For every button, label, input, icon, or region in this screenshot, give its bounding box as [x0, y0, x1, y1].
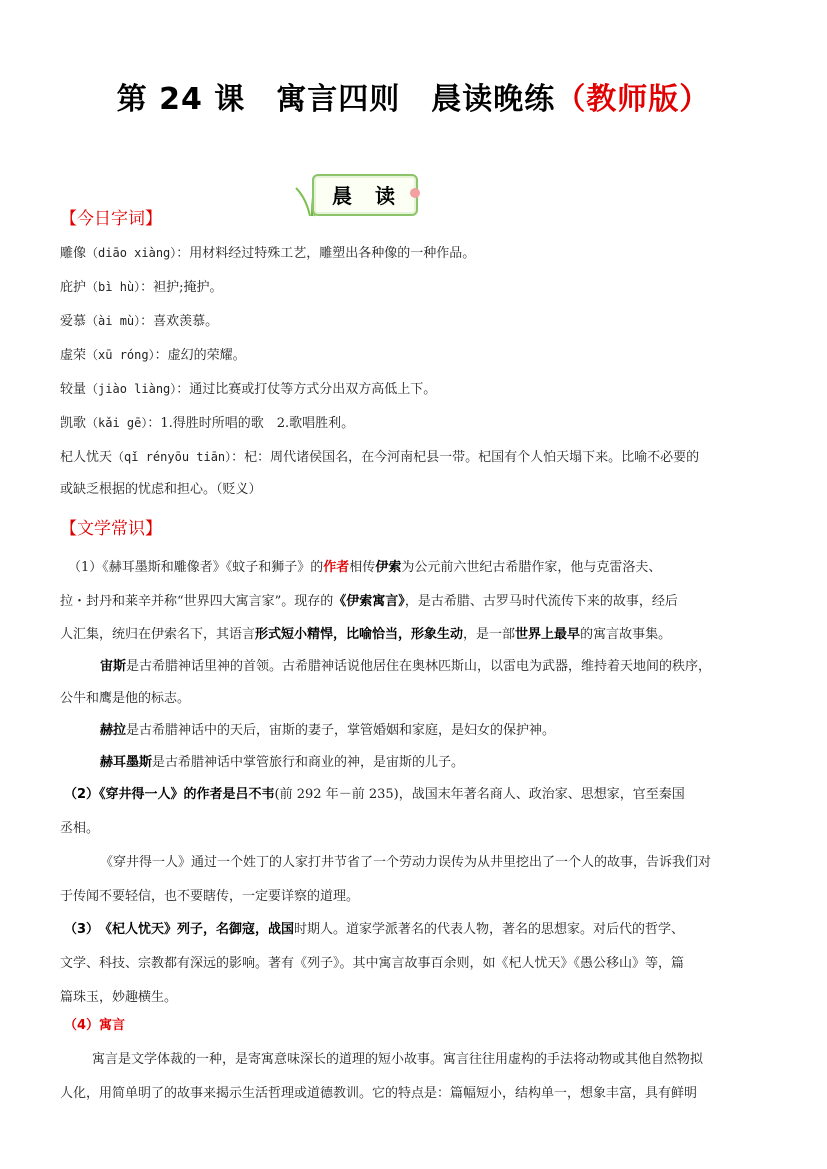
vocab-section-heading: 【今日字词】 — [60, 204, 162, 229]
vocab-item: 庇护（bì hù）：袒护;掩护。 — [60, 276, 223, 295]
hermes-paragraph: 赫耳墨斯是古希腊神话中掌管旅行和商业的神，是宙斯的儿子。 — [100, 751, 464, 770]
vocab-item: 雕像（diāo xiàng）：用材料经过特殊工艺，雕塑出各种像的一种作品。 — [60, 242, 475, 261]
literature-section-heading: 【文学常识】 — [60, 514, 162, 539]
lit-paragraph-1: （1）《赫耳墨斯和雕像者》《蚊子和狮子》的作者相传伊索为公元前六世纪古希腊作家，… — [68, 556, 661, 575]
lit-paragraph-1-line-3: 人汇集，统归在伊索名下，其语言形式短小精悍，比喻恰当，形象生动，是一部世界上最早… — [60, 623, 671, 642]
lit-paragraph-2-continued: 丞相。 — [60, 817, 99, 836]
fable-paragraph-line-2: 人化，用简单明了的故事来揭示生活哲理或道德教训。它的特点是：篇幅短小，结构单一，… — [60, 1082, 697, 1101]
page-title: 第 24 课 寓言四则 晨读晚练（教师版） — [0, 74, 827, 118]
vocab-item-continued: 或缺乏根据的忧虑和担心。（贬义） — [60, 478, 262, 497]
flower-icon — [408, 186, 422, 200]
fable-heading: （4）寓言 — [64, 1014, 125, 1033]
teacher-edition-label: （教师版） — [555, 82, 710, 117]
zeus-paragraph: 宙斯是古希腊神话里神的首领。古希腊神话说他居住在奥林匹斯山，以雷电为武器，维持着… — [100, 655, 711, 674]
vocab-item: 虚荣（xū róng）：虚幻的荣耀。 — [60, 344, 246, 363]
vocab-item: 凯歌（kǎi gē）：1.得胜时所唱的歌 2.歌唱胜利。 — [60, 412, 354, 431]
vocab-item: 较量（jiào liàng）：通过比赛或打仗等方式分出双方高低上下。 — [60, 378, 436, 397]
lit-paragraph-2-summary-continued: 于传闻不要轻信，也不要瞎传，一定要详察的道理。 — [60, 885, 359, 904]
fable-paragraph: 寓言是文学体裁的一种，是寄寓意味深长的道理的短小故事。寓言往往用虚构的手法将动物… — [92, 1048, 703, 1067]
lit-paragraph-3-line-3: 篇珠玉，妙趣横生。 — [60, 986, 177, 1005]
lit-paragraph-2-summary: 《穿井得一人》通过一个姓丁的人家打井节省了一个劳动力误传为从井里挖出了一个人的故… — [100, 851, 711, 870]
zeus-paragraph-continued: 公牛和鹰是他的标志。 — [60, 687, 190, 706]
lit-paragraph-3-line-2: 文学、科技、宗教都有深远的影响。著有《列子》。其中寓言故事百余则，如《杞人忧天》… — [60, 952, 684, 971]
lit-paragraph-2: （2）《穿井得一人》的作者是吕不韦(前 292 年－前 235)，战国末年著名商… — [64, 783, 685, 802]
lit-paragraph-1-line-2: 拉・封丹和莱辛并称“世界四大寓言家”。现存的《伊索寓言》，是古希腊、古罗马时代流… — [60, 590, 678, 609]
hera-paragraph: 赫拉是古希腊神话中的天后，宙斯的妻子，掌管婚姻和家庭，是妇女的保护神。 — [100, 719, 555, 738]
morning-reading-banner: 晨 读 — [292, 170, 422, 218]
vocab-item: 杞人忧天（qǐ rényōu tiān）：杞：周代诸侯国名，在今河南杞县一带。杞… — [60, 446, 699, 465]
vocab-item: 爱慕（ài mù）：喜欢羡慕。 — [60, 310, 218, 329]
lit-paragraph-3: （3） 《杞人忧天》列子，名御寇，战国时期人。道家学派著名的代表人物，著名的思想… — [64, 918, 684, 937]
